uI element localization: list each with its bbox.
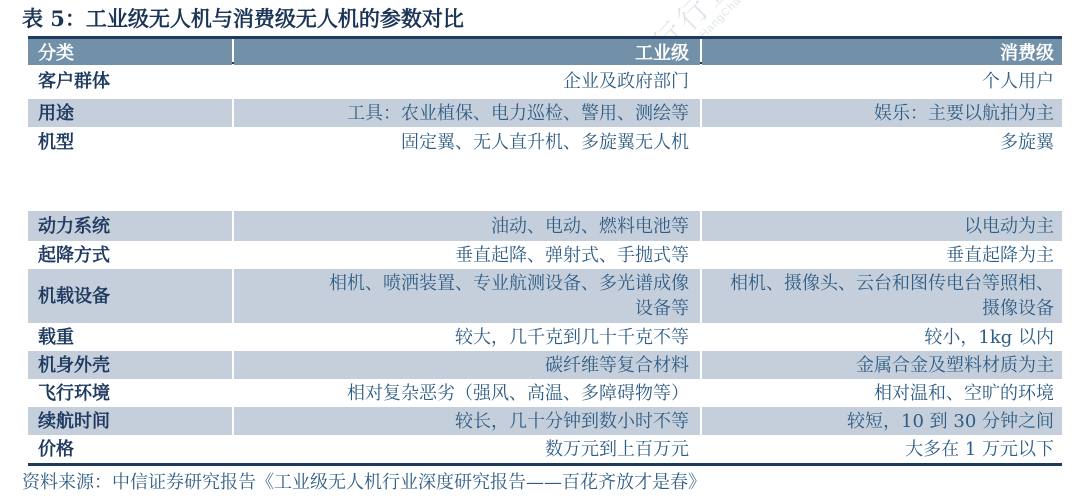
industrial-cell: 相对复杂恶劣（强风、高温、多障碍物等） <box>234 379 700 407</box>
consumer-cell: 相对温和、空旷的环境 <box>702 379 1062 407</box>
category-cell: 载重 <box>28 323 232 351</box>
category-cell: 动力系统 <box>28 211 232 241</box>
consumer-cell: 个人用户 <box>702 64 1062 99</box>
source-note: 资料来源：中信证券研究报告《工业级无人机行业深度研究报告——百花齐放才是春》 <box>22 471 1080 495</box>
consumer-cell: 娱乐：主要以航拍为主 <box>702 99 1062 127</box>
consumer-cell: 以电动为主 <box>702 211 1062 241</box>
industrial-cell: 油动、电动、燃料电池等 <box>234 211 700 241</box>
category-cell: 机载设备 <box>28 269 232 323</box>
consumer-cell: 多旋翼 <box>702 127 1062 211</box>
category-cell: 客户群体 <box>28 64 232 99</box>
table-body: 客户群体 企业及政府部门 个人用户 用途 工具：农业植保、电力巡检、警用、测绘等… <box>28 64 1062 466</box>
page-content: 表 5：工业级无人机与消费级无人机的参数对比 分类 工业级 消费级 客户群体 企… <box>0 6 1080 495</box>
consumer-cell: 大多在 1 万元以下 <box>702 435 1062 463</box>
table-header-row: 分类 工业级 消费级 <box>28 39 1062 64</box>
table-row-price: 价格 数万元到上百万元 大多在 1 万元以下 <box>28 435 1062 463</box>
drone-comparison-table: 分类 工业级 消费级 客户群体 企业及政府部门 个人用户 用途 工具：农业植保、… <box>28 36 1062 466</box>
table-row-onboard-equipment: 机载设备 相机、喷洒装置、专业航测设备、多光谱成像 设备等 相机、摄像头、云台和… <box>28 269 1062 323</box>
category-cell: 起降方式 <box>28 241 232 269</box>
category-cell: 用途 <box>28 99 232 127</box>
header-category: 分类 <box>28 39 232 65</box>
table-row-flight-environment: 飞行环境 相对复杂恶劣（强风、高温、多障碍物等） 相对温和、空旷的环境 <box>28 379 1062 407</box>
header-industrial: 工业级 <box>234 39 700 65</box>
category-cell: 飞行环境 <box>28 379 232 407</box>
table-row-takeoff-landing: 起降方式 垂直起降、弹射式、手抛式等 垂直起降为主 <box>28 241 1062 269</box>
industrial-cell: 固定翼、无人直升机、多旋翼无人机 <box>234 127 700 211</box>
table-row-usage: 用途 工具：农业植保、电力巡检、警用、测绘等 娱乐：主要以航拍为主 <box>28 99 1062 127</box>
industrial-cell: 较大，几千克到几十千克不等 <box>234 323 700 351</box>
header-consumer: 消费级 <box>702 39 1062 65</box>
industrial-cell: 数万元到上百万元 <box>234 435 700 463</box>
category-cell: 价格 <box>28 435 232 463</box>
consumer-cell: 相机、摄像头、云台和图传电台等照相、 摄像设备 <box>702 269 1062 323</box>
industrial-cell: 工具：农业植保、电力巡检、警用、测绘等 <box>234 99 700 127</box>
table-row-power-system: 动力系统 油动、电动、燃料电池等 以电动为主 <box>28 211 1062 241</box>
table-row-payload: 载重 较大，几千克到几十千克不等 较小，1kg 以内 <box>28 323 1062 351</box>
category-cell: 机型 <box>28 127 232 211</box>
consumer-cell: 较小，1kg 以内 <box>702 323 1062 351</box>
industrial-cell: 较长，几十分钟到数小时不等 <box>234 407 700 435</box>
consumer-cell: 金属合金及塑料材质为主 <box>702 351 1062 379</box>
table-row-customer-group: 客户群体 企业及政府部门 个人用户 <box>28 64 1062 99</box>
table-row-endurance: 续航时间 较长，几十分钟到数小时不等 较短，10 到 30 分钟之间 <box>28 407 1062 435</box>
consumer-cell: 垂直起降为主 <box>702 241 1062 269</box>
industrial-cell: 相机、喷洒装置、专业航测设备、多光谱成像 设备等 <box>234 269 700 323</box>
industrial-cell: 垂直起降、弹射式、手抛式等 <box>234 241 700 269</box>
industrial-cell: 企业及政府部门 <box>234 64 700 99</box>
category-cell: 续航时间 <box>28 407 232 435</box>
consumer-cell: 较短，10 到 30 分钟之间 <box>702 407 1062 435</box>
industrial-cell: 碳纤维等复合材料 <box>234 351 700 379</box>
table-title: 表 5：工业级无人机与消费级无人机的参数对比 <box>22 6 1080 31</box>
table-row-aircraft-type: 机型 固定翼、无人直升机、多旋翼无人机 多旋翼 <box>28 127 1062 211</box>
report-table-page: 行行查 HangHangCha 行行查 HangHangCha 表 5：工业级无… <box>0 0 1080 497</box>
table-row-fuselage: 机身外壳 碳纤维等复合材料 金属合金及塑料材质为主 <box>28 351 1062 379</box>
category-cell: 机身外壳 <box>28 351 232 379</box>
